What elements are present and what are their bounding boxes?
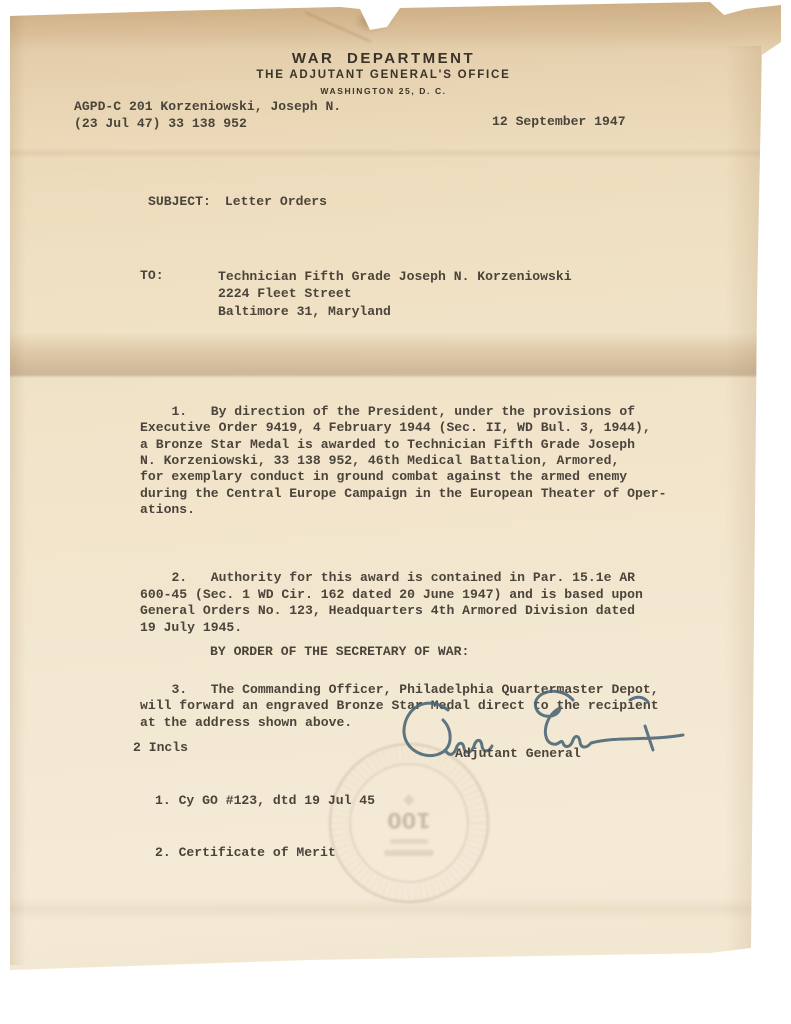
signer-title: Adjutant General xyxy=(455,746,581,762)
wrinkle-line xyxy=(305,11,372,42)
stamp-smudge-row xyxy=(390,839,428,844)
to-label: TO: xyxy=(140,268,164,284)
letterhead-office: THE ADJUTANT GENERAL'S OFFICE xyxy=(10,69,757,81)
enclosure-item: 2. Certificate of Merit xyxy=(155,844,375,861)
right-edge-shading xyxy=(725,46,761,965)
stamp-center-text: 100 xyxy=(387,808,431,832)
letterhead-department: WAR DEPARTMENT xyxy=(10,50,757,67)
torn-edge-shadow xyxy=(351,1,398,36)
subject-row: SUBJECT:Letter Orders xyxy=(148,194,327,210)
stamp-smudge-row xyxy=(384,850,434,856)
recipient-address: Technician Fifth Grade Joseph N. Korzeni… xyxy=(218,268,572,320)
crease-line-upper xyxy=(10,148,781,158)
stamp-diamond-mark xyxy=(403,794,414,805)
paragraph-1: 1. By direction of the President, under … xyxy=(140,404,685,519)
letterhead-city: WASHINGTON 25, D. C. xyxy=(10,86,757,96)
letter-paper: 100 WAR DEPARTMENT THE ADJUTANT GENERAL'… xyxy=(10,0,781,975)
subject-value: Letter Orders xyxy=(225,194,327,209)
scanned-letter: 100 WAR DEPARTMENT THE ADJUTANT GENERAL'… xyxy=(0,0,791,1024)
fold-band-top xyxy=(10,0,781,52)
reference-block: AGPD-C 201 Korzeniowski, Joseph N. (23 J… xyxy=(74,98,341,132)
date-line: 12 September 1947 xyxy=(492,114,626,130)
paragraph-2: 2. Authority for this award is contained… xyxy=(140,570,685,636)
scanner-edge-shadow xyxy=(0,18,9,950)
enclosures-list: 1. Cy GO #123, dtd 19 Jul 45 2. Certific… xyxy=(155,757,375,896)
left-edge-shading xyxy=(10,10,26,965)
closing-line: BY ORDER OF THE SECRETARY OF WAR: xyxy=(210,644,469,660)
enclosure-item: 1. Cy GO #123, dtd 19 Jul 45 xyxy=(155,792,375,809)
subject-label: SUBJECT: xyxy=(148,194,211,209)
enclosures-heading: 2 Incls xyxy=(133,740,188,756)
